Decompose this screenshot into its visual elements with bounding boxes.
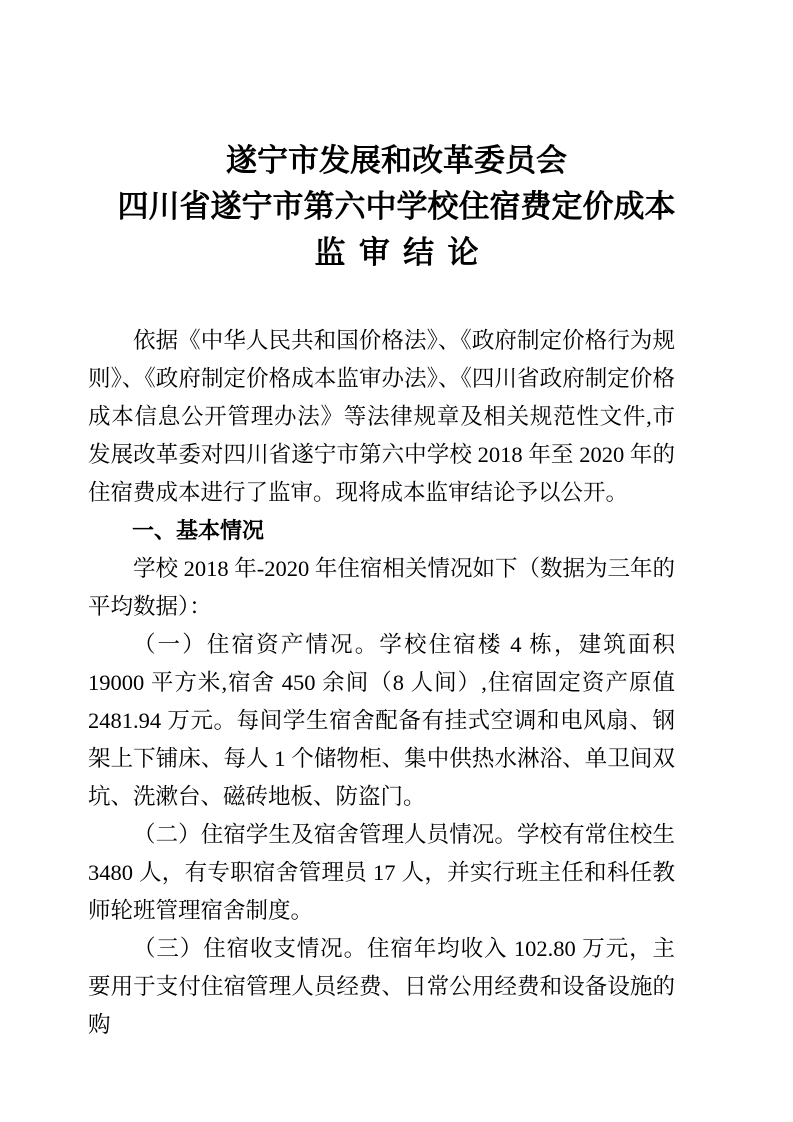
- section-heading-basic-info: 一、基本情况: [88, 512, 675, 550]
- document-title-line-2: 四川省遂宁市第六中学校住宿费定价成本: [0, 184, 793, 230]
- paragraph-overview: 学校 2018 年-2020 年住宿相关情况如下（数据为三年的平均数据）：: [88, 550, 675, 626]
- document-title: 遂宁市发展和改革委员会 四川省遂宁市第六中学校住宿费定价成本 监 审 结 论: [0, 138, 793, 276]
- document-title-line-3: 监 审 结 论: [0, 230, 793, 276]
- paragraph-students-staff: （二）住宿学生及宿舍管理人员情况。学校有常住校生 3480 人，有专职宿舍管理员…: [88, 816, 675, 930]
- intro-paragraph: 依据《中华人民共和国价格法》、《政府制定价格行为规则》、《政府制定价格成本监审办…: [88, 322, 675, 512]
- document-body: 依据《中华人民共和国价格法》、《政府制定价格行为规则》、《政府制定价格成本监审办…: [88, 322, 675, 1044]
- document-page: 遂宁市发展和改革委员会 四川省遂宁市第六中学校住宿费定价成本 监 审 结 论 依…: [0, 0, 793, 1122]
- document-title-line-1: 遂宁市发展和改革委员会: [0, 138, 793, 184]
- paragraph-assets: （一）住宿资产情况。学校住宿楼 4 栋，建筑面积 19000 平方米,宿舍 45…: [88, 626, 675, 816]
- paragraph-revenue: （三）住宿收支情况。住宿年均收入 102.80 万元，主要用于支付住宿管理人员经…: [88, 930, 675, 1044]
